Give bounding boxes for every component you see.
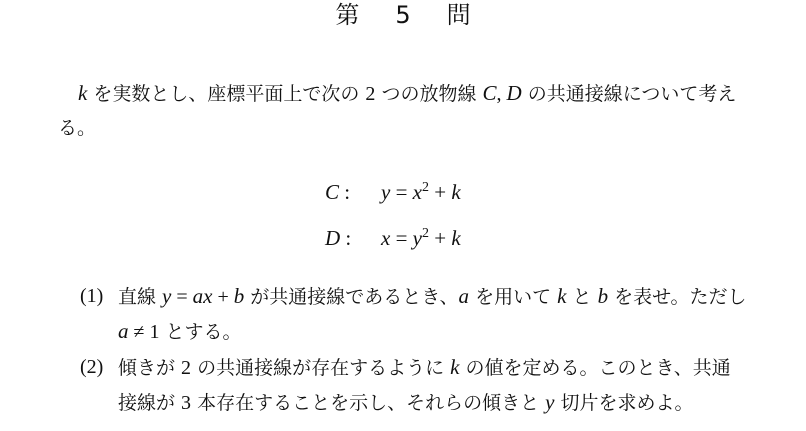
- title-mon: 問: [447, 0, 471, 30]
- question-number: (2): [80, 350, 103, 384]
- question-number: (1): [80, 279, 103, 313]
- var-k: k: [78, 81, 87, 105]
- question-text: 直線 y = ax + b が共通接線であるとき、a を用いて k と b を表…: [118, 279, 748, 349]
- problem-intro: k を実数とし、座標平面上で次の 2 つの放物線 C, D の共通接線について考…: [58, 76, 748, 145]
- problem-title: 第5問: [0, 0, 806, 30]
- equation-d: D :x = y2 + k: [325, 223, 461, 253]
- title-number: 5: [395, 0, 410, 30]
- question-2: (2) 傾きが 2 の共通接線が存在するように k の値を定める。このとき、共通…: [80, 350, 748, 420]
- title-dai: 第: [335, 0, 359, 30]
- equation-c: C :y = x2 + k: [325, 177, 461, 207]
- question-text: 傾きが 2 の共通接線が存在するように k の値を定める。このとき、共通接線が …: [118, 350, 748, 420]
- question-1: (1) 直線 y = ax + b が共通接線であるとき、a を用いて k と …: [80, 279, 748, 349]
